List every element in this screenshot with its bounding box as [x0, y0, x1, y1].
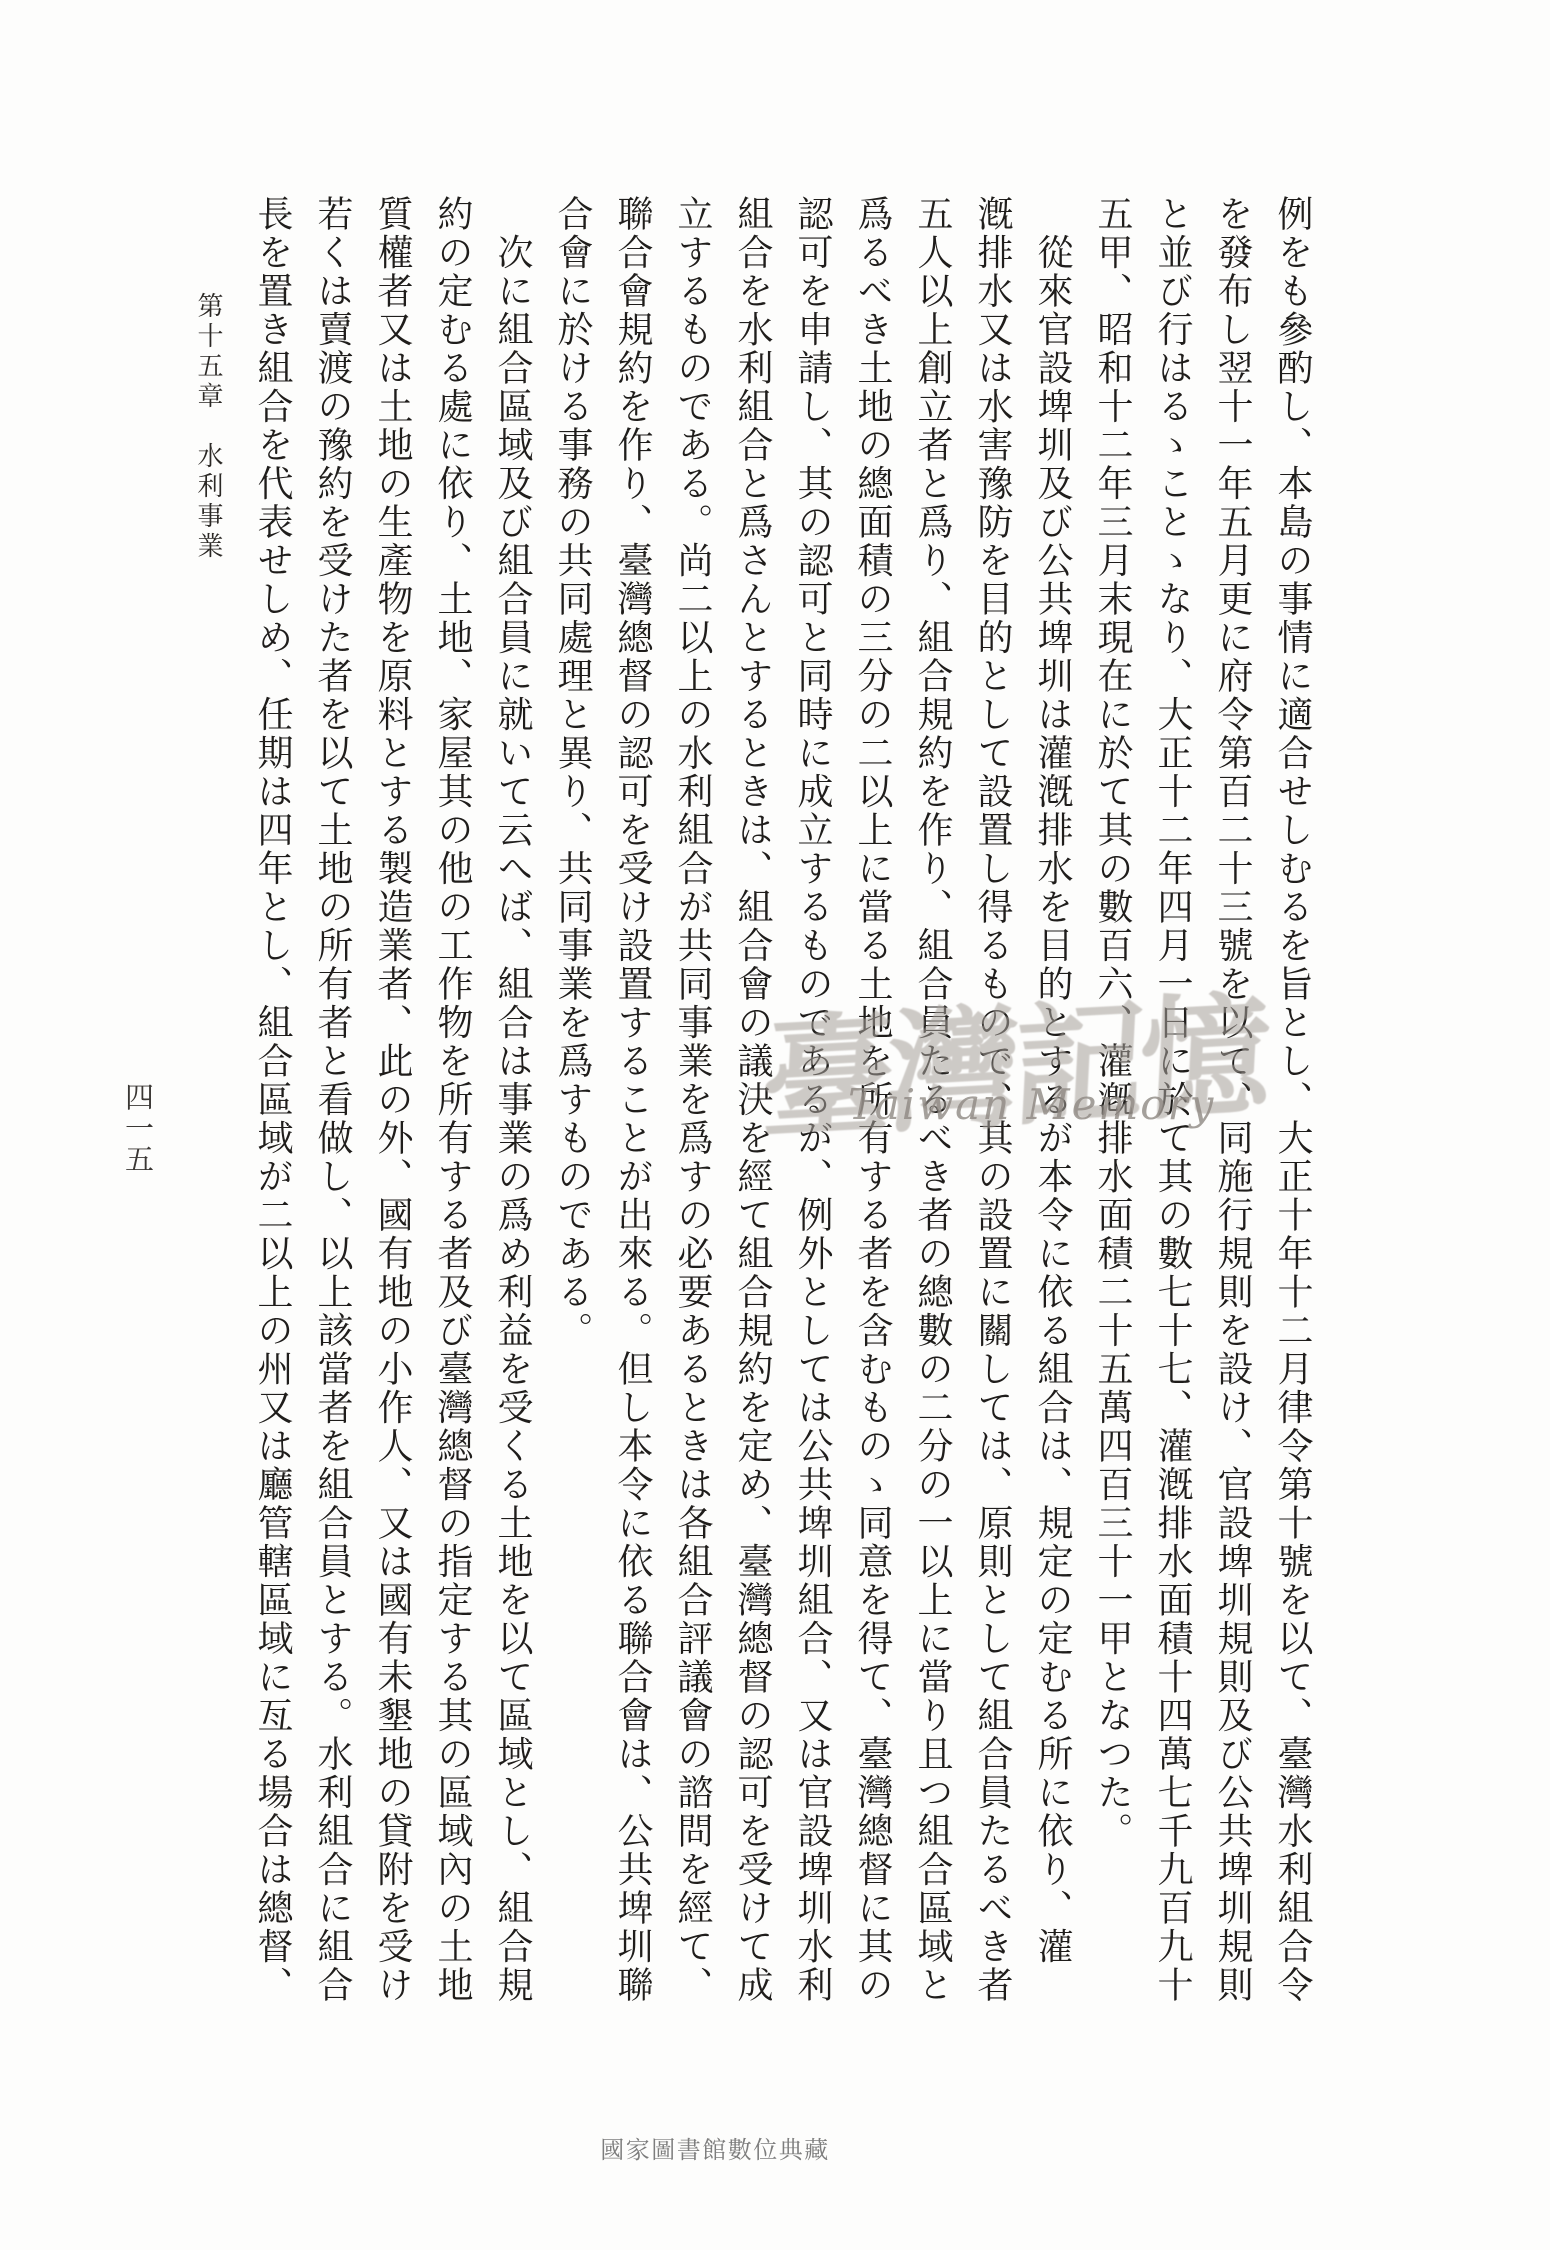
text-column: 約の定むる處に依り、土地、家屋其の他の工作物を所有する者及び臺灣總督の指定する其…: [422, 195, 482, 2010]
library-caption: 國家圖書館數位典藏: [0, 2130, 1430, 2165]
page-scan: 第十五章 水利事業 四一五 例をも參酌し、本島の事情に適合せしむるを旨とし、大正…: [0, 0, 1550, 2250]
text-column: 合會に於ける事務の共同處理と異り、共同事業を爲すものである。: [542, 195, 602, 2010]
text-column: と並び行はるゝことゝなり、大正十二年四月一日に於て其の數七十七、灌漑排水面積十四…: [1142, 195, 1202, 2010]
text-column: 次に組合區域及び組合員に就いて云へば、組合は事業の爲め利益を受くる土地を以て區域…: [482, 195, 542, 2010]
text-column: 例をも參酌し、本島の事情に適合せしむるを旨とし、大正十年十二月律令第十號を以て、…: [1262, 195, 1322, 2010]
text-column: 聯合會規約を作り、臺灣總督の認可を受け設置することが出來る。但し本令に依る聯合會…: [602, 195, 662, 2010]
text-column: 五人以上創立者と爲り、組合規約を作り、組合員たるべき者の總數の二分の一以上に當り…: [902, 195, 962, 2010]
text-column: 漑排水又は水害豫防を目的として設置し得るもので、其の設置に關しては、原則として組…: [962, 195, 1022, 2010]
text-column: 長を置き組合を代表せしめ、任期は四年とし、組合區域が二以上の州又は廳管轄區域に亙…: [242, 195, 302, 2010]
text-column: 從來官設埤圳及び公共埤圳は灌漑排水を目的とするが本令に依る組合は、規定の定むる所…: [1022, 195, 1082, 2010]
text-column: 爲るべき土地の總面積の三分の二以上に當る土地を所有する者を含むものゝ同意を得て、…: [842, 195, 902, 2010]
text-column: 五甲、昭和十二年三月末現在に於て其の數百六、灌漑排水面積二十五萬四百三十一甲とな…: [1082, 195, 1142, 2010]
page-number: 四一五: [116, 1082, 160, 1175]
main-text-block: 例をも參酌し、本島の事情に適合せしむるを旨とし、大正十年十二月律令第十號を以て、…: [242, 195, 1322, 2010]
text-column: 立するものである。尚二以上の水利組合が共同事業を爲すの必要あるときは各組合評議會…: [662, 195, 722, 2010]
text-column: 質權者又は土地の生產物を原料とする製造業者、此の外、國有地の小作人、又は國有未墾…: [362, 195, 422, 2010]
text-column: 認可を申請し、其の認可と同時に成立するものであるが、例外としては公共埤圳組合、又…: [782, 195, 842, 2010]
text-column: 組合を水利組合と爲さんとするときは、組合會の議決を經て組合規約を定め、臺灣總督の…: [722, 195, 782, 2010]
text-column: 若くは賣渡の豫約を受けた者を以て土地の所有者と看做し、以上該當者を組合員とする。…: [302, 195, 362, 2010]
text-column: を發布し翌十一年五月更に府令第百二十三號を以て、同施行規則を設け、官設埤圳規則及…: [1202, 195, 1262, 2010]
running-head: 第十五章 水利事業: [186, 292, 230, 562]
